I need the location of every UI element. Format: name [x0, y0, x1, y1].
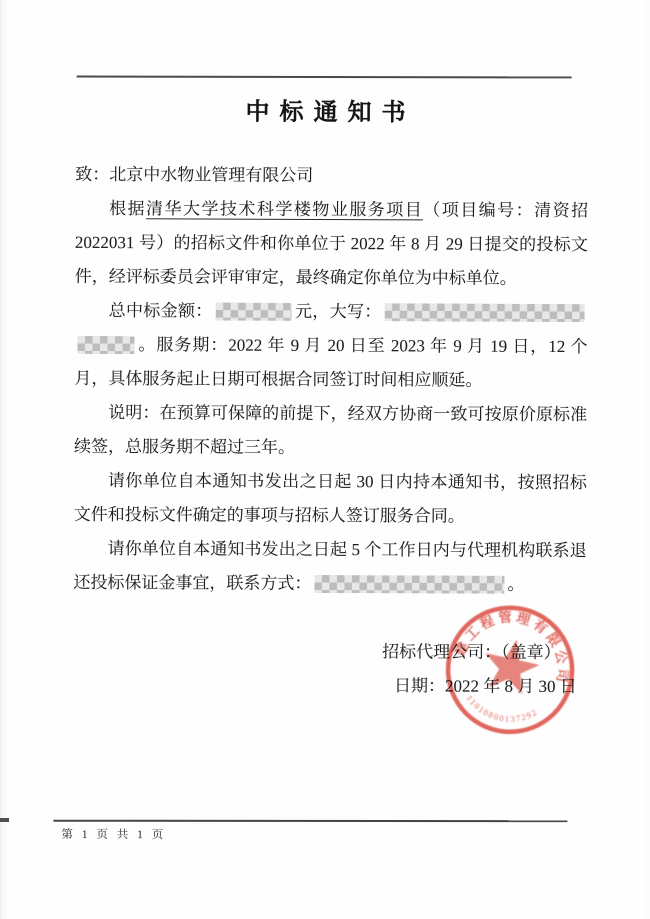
text-run: 根据 [109, 199, 146, 218]
paragraph: 根据清华大学技术科学楼物业服务项目（项目编号：清资招 2022031 号）的招标… [75, 192, 588, 296]
paragraph: 请你单位自本通知书发出之日起 30 日内持本通知书，按照招标文件和投标文件确定的… [74, 464, 587, 534]
document-title: 中 标 通 知 书 [1, 0, 650, 134]
recipient-line: 致：北京中水物业管理有限公司 [75, 158, 588, 194]
paragraph: 说明：在预算可保障的前提下，经双方协商一致可按原价原标准续签，总服务期不超过三年… [74, 396, 587, 466]
svg-text:11010800137292: 11010800137292 [461, 692, 541, 731]
scan-edge-artifact [0, 818, 9, 822]
text-run: 元，大写： [295, 302, 382, 321]
document-sheet: 中 标 通 知 书 致：北京中水物业管理有限公司 根据清华大学技术科学楼物业服务… [0, 0, 650, 919]
company-seal-stamp: 建工程管理有限公司 11010800137292 [415, 575, 605, 765]
redacted-text [385, 303, 585, 322]
underlined-project-name: 清华大学技术科学楼物业服务项目 [146, 199, 423, 220]
scanned-page: 中 标 通 知 书 致：北京中水物业管理有限公司 根据清华大学技术科学楼物业服务… [0, 0, 650, 919]
paragraph-list: 根据清华大学技术科学楼物业服务项目（项目编号：清资招 2022031 号）的招标… [73, 192, 588, 602]
text-run: 请你单位自本通知书发出之日起 30 日内持本通知书，按照招标文件和投标文件确定的… [74, 471, 587, 526]
paragraph: 总中标金额：元，大写：。服务期：2022 年 9 月 20 日至 2023 年 … [74, 294, 587, 398]
redacted-text [77, 336, 134, 354]
footer-horizontal-rule [53, 820, 567, 822]
text-run: 。服务期：2022 年 9 月 20 日至 2023 年 9 月 19 日，12… [74, 335, 587, 390]
page-number-text: 第 1 页 共 1 页 [61, 826, 166, 842]
redacted-text [216, 303, 292, 321]
stamp-star-icon [479, 634, 544, 697]
text-run: 总中标金额： [109, 301, 213, 320]
stamp-serial-number: 11010800137292 [461, 692, 541, 731]
text-run: 说明：在预算可保障的前提下，经双方协商一致可按原价原标准续签，总服务期不超过三年… [74, 403, 587, 457]
